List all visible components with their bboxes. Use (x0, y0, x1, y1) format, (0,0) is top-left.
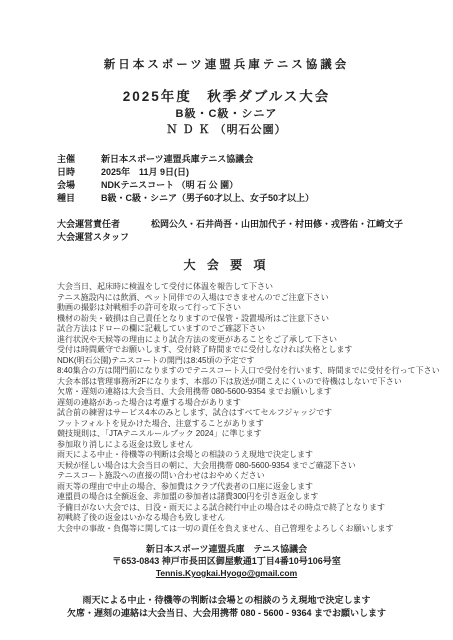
outline-rule-item: 雨天による中止・待機等の判断は会場との相談のうえ現地で決定します (57, 450, 453, 461)
outline-rule-item: 天候が怪しい場合は大会当日の朝に、大会用携帯 080-5600-9354 までご… (57, 461, 453, 472)
staff-row: 大会運営スタッフ (57, 231, 453, 244)
footer-contact: 新日本スポーツ連盟兵庫 テニス協議会 〒653-0843 神戸市長田区御屋敷通1… (0, 543, 453, 579)
outline-rule-item: NDK(明石公園)テニスコートの開門は8:45頃の予定です (57, 356, 453, 367)
organization-title: 新日本スポーツ連盟兵庫テニス協議会 (0, 56, 453, 72)
outline-rule-item: 予備日がない大会では、日没・雨天による試合続行中止の場合はその時点で終了となりま… (57, 503, 453, 514)
outline-rule-item: 競技規則は、「JTAテニスルールブック 2024」に準じます (57, 429, 453, 440)
info-row: 会場 NDKテニスコート （明 石 公 園） (57, 179, 453, 192)
event-venue-line: Ｎ Ｄ Ｋ （明石公園） (0, 123, 453, 137)
outline-rule-item: テニスコート施設への直接の問い合わせはおやめください (57, 471, 453, 482)
outline-rule-item: 受付は時間厳守でお願いします、受付終了時間までに受付しなければ失格とします (57, 345, 453, 356)
event-info-table: 主催 新日本スポーツ連盟兵庫テニス協議会 日時 2025年 11月 9日(日) … (57, 153, 453, 205)
info-value: B級・C級・シニア（男子60才以上、女子50才以上） (101, 192, 314, 205)
footer-notes: 雨天による中止・待機等の判断は会場との相談のうえ現地で決定します欠席・遅刻の連絡… (0, 594, 453, 620)
info-value: 新日本スポーツ連盟兵庫テニス協議会 (101, 153, 253, 166)
document-page: 新日本スポーツ連盟兵庫テニス協議会 2025年度 秋季ダブルス大会 B級・C級・… (0, 0, 453, 640)
outline-rule-item: テニス施設内には飲酒、ペット同伴での入場はできませんのでご注意下さい (57, 293, 453, 304)
footer-org: 新日本スポーツ連盟兵庫 テニス協議会 (0, 543, 453, 555)
staff-label: 大会運営責任者 (57, 218, 151, 231)
outline-heading: 大 会 要 項 (0, 256, 453, 273)
outline-rule-item: 試合方法はドローの欄に記載していますのでご確認下さい (57, 324, 453, 335)
outline-rule-item: フットフォルトを見かけた場合、注意することがあります (57, 419, 453, 430)
info-row: 種目 B級・C級・シニア（男子60才以上、女子50才以上） (57, 192, 453, 205)
event-title: 2025年度 秋季ダブルス大会 (0, 85, 453, 105)
outline-rule-item: 大会中の事故・負傷等に関しては一切の責任を負えません、自己管理をよろしくお願いし… (57, 524, 453, 535)
footer-email-link[interactable]: Tennis.Kyogkai.Hyogo@gmail.com (156, 568, 297, 578)
info-row: 主催 新日本スポーツ連盟兵庫テニス協議会 (57, 153, 453, 166)
outline-rules-list: 大会当日、起床時に検温をして受付に体温を報告して下さいテニス施設内には飲酒、ペッ… (57, 282, 453, 534)
outline-rule-item: 雨天等の理由で中止の場合、参加費はクラブ代表者の口座に返金します (57, 482, 453, 493)
outline-rule-item: 機材の紛失・破損は自己責任となりますので保管・設置場所はご注意下さい (57, 314, 453, 325)
staff-table: 大会運営責任者 松岡公久・石井尚吾・山田加代子・村田修・戎啓佑・江崎文子 大会運… (57, 218, 453, 244)
info-label: 日時 (57, 166, 101, 179)
outline-rule-item: 欠席・遅刻の連絡は大会当日、大会用携帯 080-5600-9354 までお願いし… (57, 387, 453, 398)
outline-rule-item: 大会当日、起床時に検温をして受付に体温を報告して下さい (57, 282, 453, 293)
info-label: 主催 (57, 153, 101, 166)
info-value: 2025年 11月 9日(日) (101, 166, 189, 179)
info-value: NDKテニスコート （明 石 公 園） (101, 179, 238, 192)
footer-note-line: 欠席・遅刻の連絡は大会当日、大会用携帯 080 - 5600 - 9364 まで… (0, 607, 453, 620)
footer-address: 〒653-0843 神戸市長田区御屋敷通1丁目4番10号106号室 (0, 555, 453, 567)
outline-rule-item: 進行状況や天候等の理由により試合方法の変更があることをご了承して下さい (57, 335, 453, 346)
staff-value: 松岡公久・石井尚吾・山田加代子・村田修・戎啓佑・江崎文子 (151, 218, 403, 231)
outline-rule-item: 参加取り消しによる返金は致しません (57, 440, 453, 451)
info-label: 会場 (57, 179, 101, 192)
outline-rule-item: 8:40集合の方は開門前になりますのでテニスコート入口で受付を行います、時間まで… (57, 366, 453, 377)
info-label: 種目 (57, 192, 101, 205)
outline-rule-item: 遅刻の連絡があった場合は考慮する場合があります (57, 398, 453, 409)
outline-rule-item: 大会本部は管理事務所2Fになります、本部の下は放送が聞こえにくいので待機はしない… (57, 377, 453, 388)
footer-note-line: 雨天による中止・待機等の判断は会場との相談のうえ現地で決定します (0, 594, 453, 607)
staff-label: 大会運営スタッフ (57, 231, 151, 244)
outline-rule-item: 初戦終了後の返金はいかなる場合も致しません (57, 513, 453, 524)
outline-rule-item: 連盟員の場合は全額返金、非加盟の参加者は諸費300円を引き返金します (57, 492, 453, 503)
staff-row: 大会運営責任者 松岡公久・石井尚吾・山田加代子・村田修・戎啓佑・江崎文子 (57, 218, 453, 231)
event-class-line: B級・C級・シニア (0, 107, 453, 121)
outline-rule-item: 試合前の練習はサービス4本のみとします、試合はすべてセルフジャッジです (57, 408, 453, 419)
outline-rule-item: 動画の撮影は対戦相手の許可を取って行って下さい (57, 303, 453, 314)
info-row: 日時 2025年 11月 9日(日) (57, 166, 453, 179)
